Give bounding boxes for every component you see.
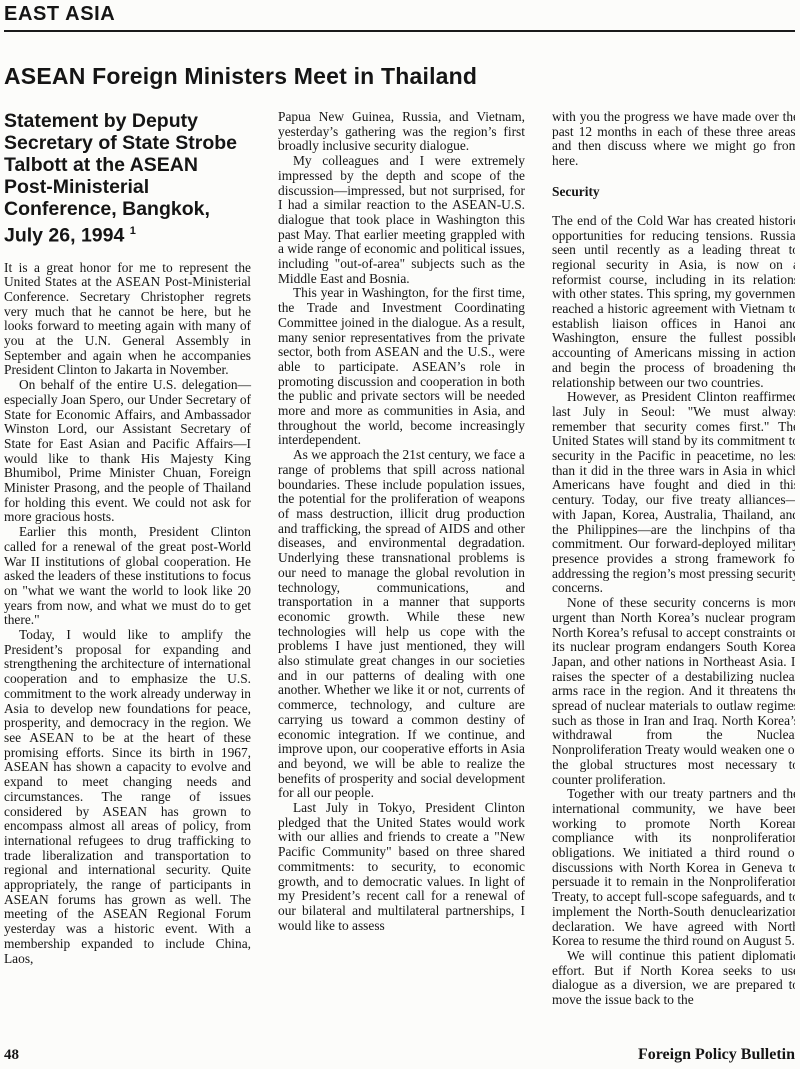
paragraph: The end of the Cold War has created hist…: [552, 214, 795, 390]
paragraph: Today, I would like to amplify the Presi…: [4, 628, 251, 966]
paragraph: It is a great honor for me to represent …: [4, 261, 251, 379]
paragraph: Last July in Tokyo, President Clinton pl…: [278, 801, 525, 933]
paragraph: My colleagues and I were extremely impre…: [278, 154, 525, 286]
column-right: with you the progress we have made over …: [552, 110, 795, 1042]
paragraph: As we approach the 21st century, we face…: [278, 448, 525, 801]
column-middle: Papua New Guinea, Russia, and Vietnam, y…: [278, 110, 525, 1042]
column-left: Statement by Deputy Secretary of State S…: [4, 110, 251, 1042]
paragraph: Papua New Guinea, Russia, and Vietnam, y…: [278, 110, 525, 154]
header-rule: [4, 30, 795, 32]
paragraph: We will continue this patient diplomatic…: [552, 949, 795, 1008]
paragraph: Earlier this month, President Clinton ca…: [4, 525, 251, 628]
paragraph: Together with our treaty partners and th…: [552, 787, 795, 949]
document-page: EAST ASIA ASEAN Foreign Ministers Meet i…: [0, 0, 800, 1069]
article-columns: Statement by Deputy Secretary of State S…: [4, 110, 795, 1042]
article-title: ASEAN Foreign Ministers Meet in Thailand: [4, 63, 795, 90]
section-heading: Security: [552, 184, 795, 200]
paragraph: with you the progress we have made over …: [552, 110, 795, 169]
page-footer: 48 Foreign Policy Bulletin: [4, 1046, 795, 1064]
footnote-marker: 1: [130, 225, 136, 237]
paragraph: None of these security concerns is more …: [552, 596, 795, 787]
paragraph: This year in Washington, for the first t…: [278, 286, 525, 448]
publication-name: Foreign Policy Bulletin: [638, 1046, 795, 1064]
article-subtitle: Statement by Deputy Secretary of State S…: [4, 110, 251, 247]
paragraph: However, as President Clinton reaffirmed…: [552, 390, 795, 596]
page-number: 48: [4, 1047, 19, 1064]
paragraph: On behalf of the entire U.S. delegation—…: [4, 378, 251, 525]
section-label: EAST ASIA: [4, 2, 795, 26]
